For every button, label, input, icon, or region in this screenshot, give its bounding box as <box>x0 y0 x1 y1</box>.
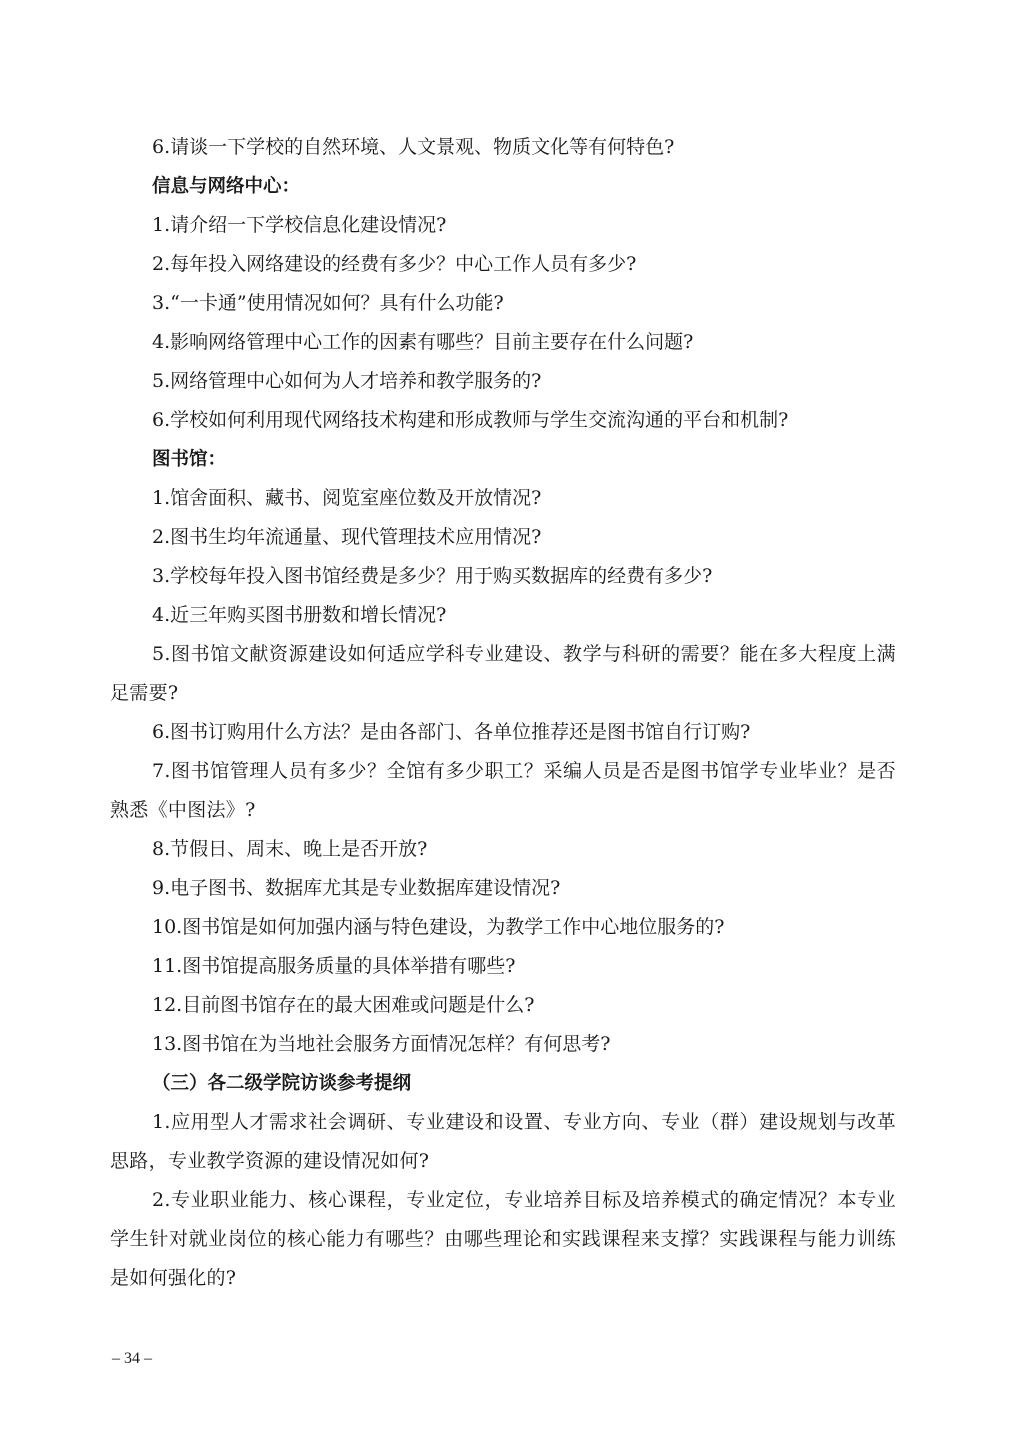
library-item-1: 1.馆舍面积、藏书、阅览室座位数及开放情况? <box>110 479 896 518</box>
library-item-10: 10.图书馆是如何加强内涵与特色建设，为教学工作中心地位服务的? <box>110 908 896 947</box>
library-item-11: 11.图书馆提高服务质量的具体举措有哪些? <box>110 947 896 986</box>
page-number: – 34 – <box>112 1350 152 1368</box>
document-page: 6.请谈一下学校的自然环境、人文景观、物质文化等有何特色? 信息与网络中心： 1… <box>110 128 896 1298</box>
library-item-5: 5.图书馆文献资源建设如何适应学科专业建设、教学与科研的需要？能在多大程度上满足… <box>110 635 896 713</box>
colleges-item-1: 1.应用型人才需求社会调研、专业建设和设置、专业方向、专业（群）建设规划与改革思… <box>110 1103 896 1181</box>
library-item-3: 3.学校每年投入图书馆经费是多少？用于购买数据库的经费有多少? <box>110 557 896 596</box>
library-item-12: 12.目前图书馆存在的最大困难或问题是什么? <box>110 986 896 1025</box>
info-item-3: 3.“一卡通”使用情况如何？具有什么功能? <box>110 284 896 323</box>
info-item-2: 2.每年投入网络建设的经费有多少？中心工作人员有多少? <box>110 245 896 284</box>
colleges-item-2: 2.专业职业能力、核心课程，专业定位，专业培养目标及培养模式的确定情况？本专业学… <box>110 1181 896 1298</box>
library-item-2: 2.图书生均年流通量、现代管理技术应用情况? <box>110 518 896 557</box>
info-item-6: 6.学校如何利用现代网络技术构建和形成教师与学生交流沟通的平台和机制? <box>110 401 896 440</box>
section-heading-colleges: （三）各二级学院访谈参考提纲 <box>110 1064 896 1103</box>
section-heading-library: 图书馆： <box>110 440 896 479</box>
library-item-8: 8.节假日、周末、晚上是否开放? <box>110 830 896 869</box>
info-item-4: 4.影响网络管理中心工作的因素有哪些？目前主要存在什么问题? <box>110 323 896 362</box>
info-item-5: 5.网络管理中心如何为人才培养和教学服务的? <box>110 362 896 401</box>
library-item-9: 9.电子图书、数据库尤其是专业数据库建设情况? <box>110 869 896 908</box>
library-item-13: 13.图书馆在为当地社会服务方面情况怎样？有何思考? <box>110 1025 896 1064</box>
info-item-1: 1.请介绍一下学校信息化建设情况? <box>110 206 896 245</box>
library-item-4: 4.近三年购买图书册数和增长情况? <box>110 596 896 635</box>
campus-item-6: 6.请谈一下学校的自然环境、人文景观、物质文化等有何特色? <box>110 128 896 167</box>
section-heading-info-network-center: 信息与网络中心： <box>110 167 896 206</box>
library-item-7: 7.图书馆管理人员有多少？全馆有多少职工？采编人员是否是图书馆学专业毕业？是否熟… <box>110 752 896 830</box>
library-item-6: 6.图书订购用什么方法？是由各部门、各单位推荐还是图书馆自行订购? <box>110 713 896 752</box>
